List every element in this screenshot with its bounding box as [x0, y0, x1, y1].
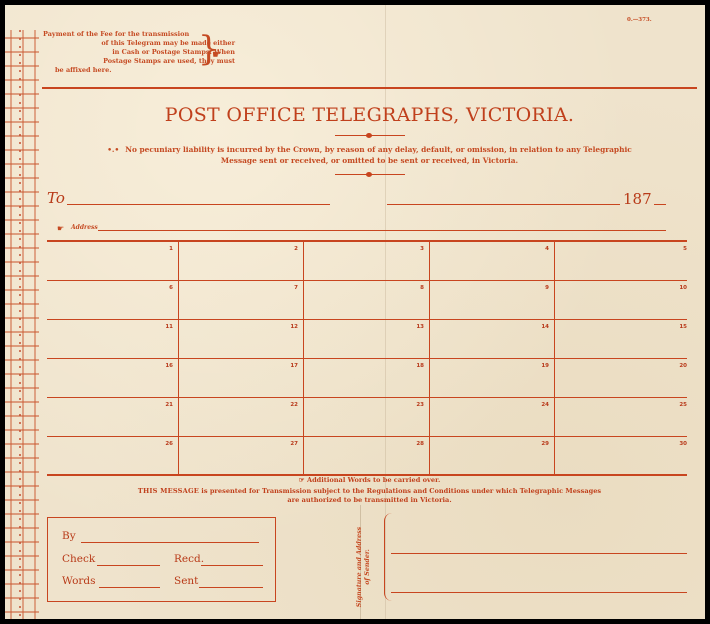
date-field[interactable] — [387, 204, 620, 205]
word-cell-number[interactable]: 3 — [404, 246, 424, 252]
check-field[interactable] — [97, 565, 160, 566]
word-cell-number[interactable]: 30 — [667, 441, 687, 447]
word-cell-number[interactable]: 18 — [404, 363, 424, 369]
word-cell-number[interactable]: 8 — [404, 285, 424, 291]
address-field[interactable] — [98, 230, 666, 231]
stamp-area-pointing-hand-icon[interactable]: ☛ — [212, 48, 222, 61]
liability-line-2: Message sent or received, or omitted to … — [42, 155, 697, 166]
word-cell-number[interactable]: 7 — [278, 285, 298, 291]
carry-over-note: ☞ Additional Words to be carried over. — [42, 476, 697, 484]
ornamental-border-dots — [19, 30, 21, 619]
signature-label: Signature and Address of Sender. — [356, 512, 380, 622]
grid-rule — [47, 280, 687, 281]
word-cell-number[interactable]: 11 — [153, 324, 173, 330]
sent-field[interactable] — [199, 587, 263, 588]
word-cell-number[interactable]: 28 — [404, 441, 424, 447]
grid-column-rule — [429, 240, 430, 476]
signature-label-line-2: of Sender. — [364, 512, 372, 622]
word-cell-number[interactable]: 25 — [667, 402, 687, 408]
grid-rule — [47, 240, 687, 242]
word-cell-number[interactable]: 14 — [529, 324, 549, 330]
grid-rule — [47, 436, 687, 437]
by-field[interactable] — [81, 542, 259, 543]
pointing-hand-icon: ☛ — [57, 224, 64, 233]
to-field[interactable] — [67, 204, 330, 205]
by-label: By — [62, 530, 76, 542]
word-cell-number[interactable]: 12 — [278, 324, 298, 330]
recd-label: Recd. — [174, 553, 204, 565]
word-cell-number[interactable]: 4 — [529, 246, 549, 252]
word-cell-number[interactable]: 1 — [153, 246, 173, 252]
words-label: Words — [62, 575, 96, 587]
grid-column-rule — [178, 240, 179, 476]
header-rule — [42, 87, 697, 89]
form-title: POST OFFICE TELEGRAPHS, VICTORIA. — [42, 104, 697, 126]
to-label: To — [47, 189, 65, 207]
year-label: 187 — [623, 190, 652, 208]
signature-brace — [384, 513, 392, 601]
grid-rule — [47, 319, 687, 320]
signature-field[interactable] — [391, 553, 687, 554]
triple-dot-marker: •.• — [107, 145, 119, 154]
word-cell-number[interactable]: 23 — [404, 402, 424, 408]
signature-label-line-1: Signature and Address — [356, 512, 364, 622]
word-cell-number[interactable]: 29 — [529, 441, 549, 447]
grid-column-rule — [303, 240, 304, 476]
word-cell-number[interactable]: 26 — [153, 441, 173, 447]
sent-label: Sent — [174, 575, 198, 587]
sender-address-field[interactable] — [391, 592, 687, 593]
ornamental-rule — [335, 174, 405, 175]
presented-caps: THIS MESSAGE — [138, 487, 199, 495]
presented-line-2: are authorized to be transmitted in Vict… — [42, 496, 697, 505]
form-number: 0.—373. — [627, 17, 652, 23]
word-cell-number[interactable]: 13 — [404, 324, 424, 330]
office-use-box: By Check Recd. Words Sent — [47, 517, 276, 602]
presented-notice: THIS MESSAGE is presented for Transmissi… — [42, 487, 697, 505]
ornamental-rule — [335, 135, 405, 136]
word-cell-number[interactable]: 10 — [667, 285, 687, 291]
presented-line-1: is presented for Transmission subject to… — [199, 487, 601, 495]
word-cell-number[interactable]: 6 — [153, 285, 173, 291]
word-cell-number[interactable]: 19 — [529, 363, 549, 369]
ornamental-border — [5, 30, 39, 619]
recd-field[interactable] — [201, 565, 263, 566]
word-cell-number[interactable]: 16 — [153, 363, 173, 369]
word-cell-number[interactable]: 5 — [667, 246, 687, 252]
word-cell-number[interactable]: 24 — [529, 402, 549, 408]
grid-rule — [47, 397, 687, 398]
words-field[interactable] — [99, 587, 160, 588]
address-label: Address — [71, 224, 98, 231]
grid-column-rule — [554, 240, 555, 476]
word-cell-number[interactable]: 9 — [529, 285, 549, 291]
liability-notice: •.•No pecuniary liability is incurred by… — [42, 144, 697, 166]
telegraph-form: Payment of the Fee for the transmission … — [5, 5, 705, 619]
grid-rule — [47, 358, 687, 359]
year-field[interactable] — [654, 204, 666, 205]
word-cell-number[interactable]: 22 — [278, 402, 298, 408]
liability-line-1: No pecuniary liability is incurred by th… — [125, 145, 632, 154]
word-cell-number[interactable]: 2 — [278, 246, 298, 252]
word-cell-number[interactable]: 15 — [667, 324, 687, 330]
word-cell-number[interactable]: 17 — [278, 363, 298, 369]
word-cell-number[interactable]: 21 — [153, 402, 173, 408]
word-cell-number[interactable]: 27 — [278, 441, 298, 447]
check-label: Check — [62, 553, 95, 565]
word-grid: 1 2 3 4 5 6 7 8 9 10 11 12 13 14 15 16 1… — [47, 240, 687, 476]
word-cell-number[interactable]: 20 — [667, 363, 687, 369]
